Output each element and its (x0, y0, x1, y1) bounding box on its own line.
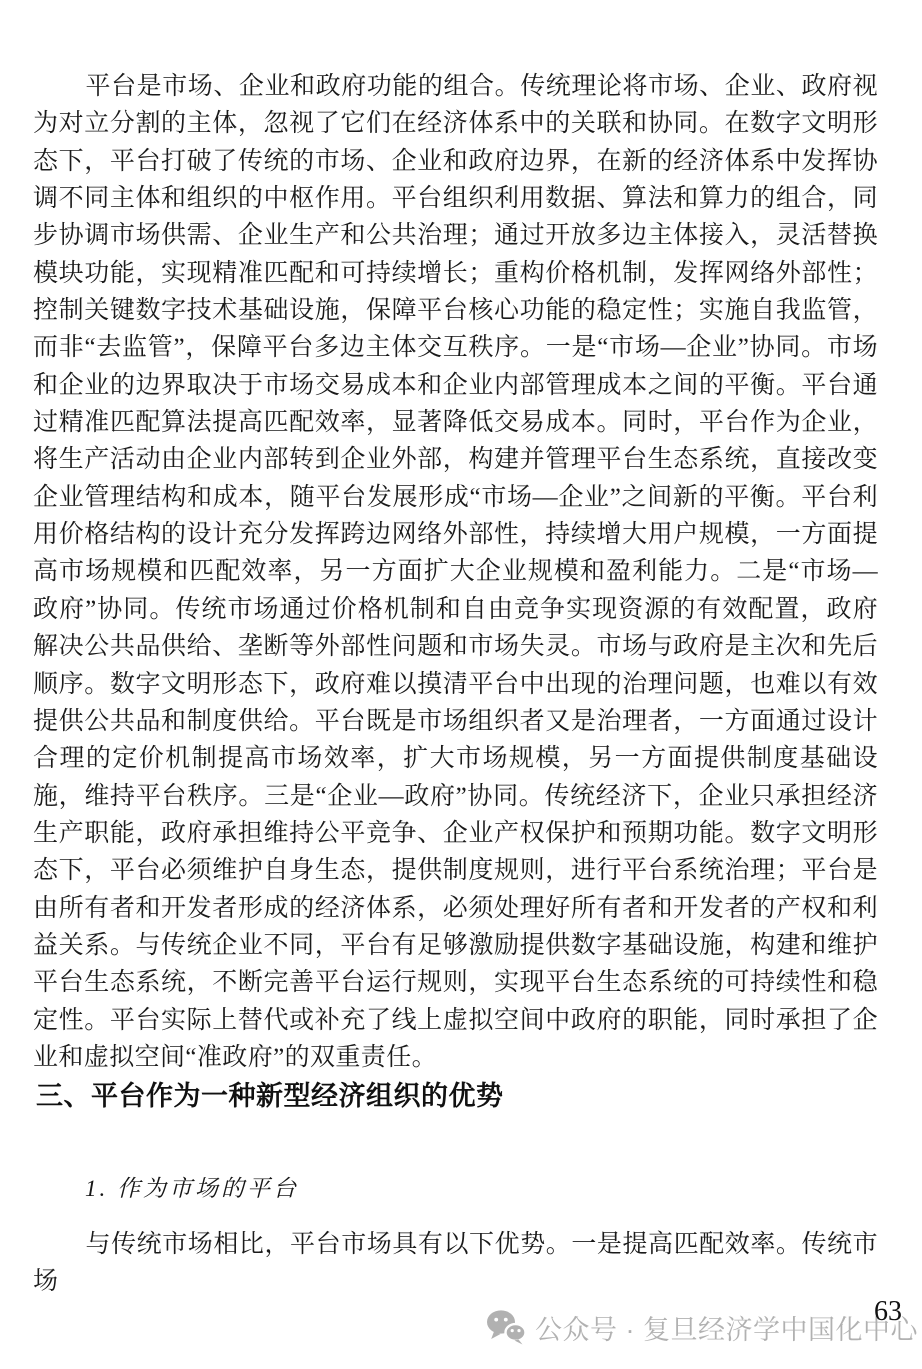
subsection-heading: 1. 作为市场的平台 (85, 1170, 299, 1203)
section-heading: 三、平台作为一种新型经济组织的优势 (36, 1074, 504, 1113)
wechat-icon (486, 1309, 526, 1346)
page-number: 63 (874, 1296, 902, 1328)
body-paragraph-2: 与传统市场相比，平台市场具有以下优势。一是提高匹配效率。传统市场 (33, 1226, 878, 1301)
watermark-text: 公众号 · 复旦经济学中国化中心 (535, 1308, 918, 1347)
document-page: 平台是市场、企业和政府功能的组合。传统理论将市场、企业、政府视为对立分割的主体，… (0, 0, 922, 1369)
body-paragraph-1: 平台是市场、企业和政府功能的组合。传统理论将市场、企业、政府视为对立分割的主体，… (33, 68, 878, 1076)
watermark: 公众号 · 复旦经济学中国化中心 (486, 1308, 918, 1347)
